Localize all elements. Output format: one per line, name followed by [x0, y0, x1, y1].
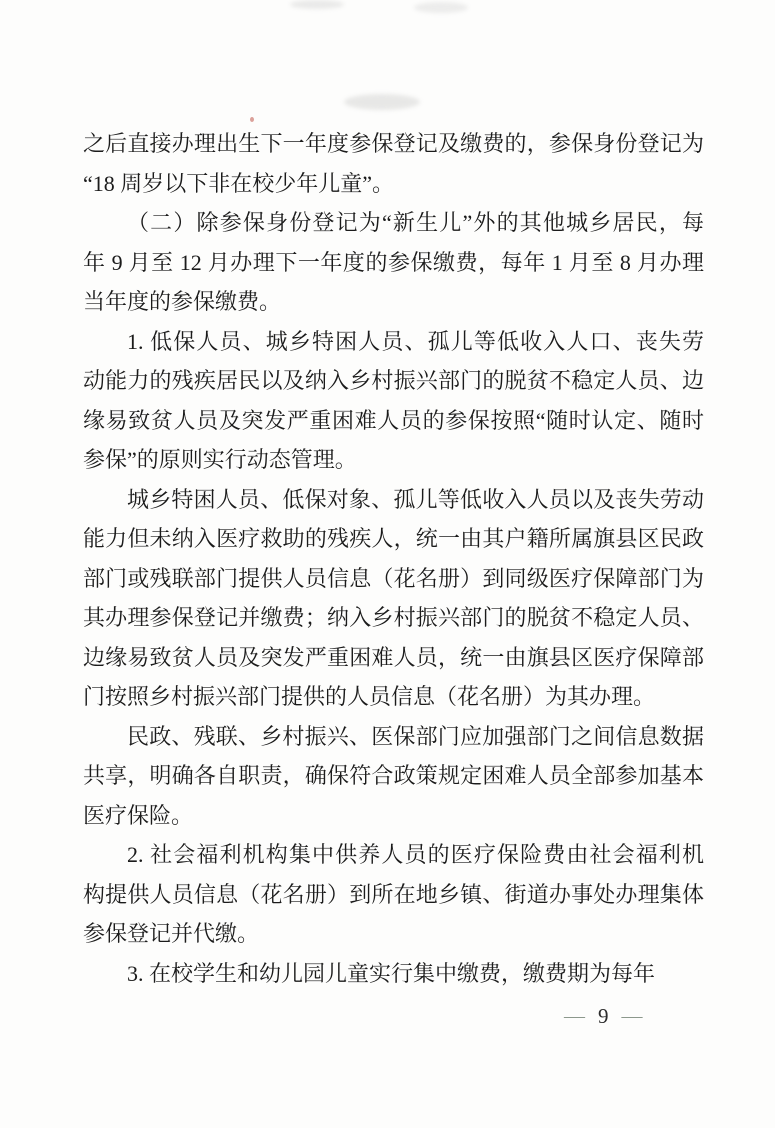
- scan-smudge: [414, 2, 468, 13]
- text-line: （二）除参保身份登记为“新生儿”外的其他城乡居民，每: [83, 203, 704, 243]
- text-line: 民政、残联、乡村振兴、医保部门应加强部门之间信息数据: [83, 717, 704, 757]
- text-line: 年 9 月至 12 月办理下一年度的参保缴费，每年 1 月至 8 月办理: [83, 243, 704, 283]
- document-page: 之后直接办理出生下一年度参保登记及缴费的，参保身份登记为“18 周岁以下非在校少…: [0, 0, 775, 1128]
- scan-speck: [250, 117, 254, 122]
- scan-smudge: [290, 0, 344, 9]
- text-line: 1. 低保人员、城乡特困人员、孤儿等低收入人口、丧失劳: [83, 322, 704, 362]
- document-body: 之后直接办理出生下一年度参保登记及缴费的，参保身份登记为“18 周岁以下非在校少…: [83, 124, 704, 993]
- text-line: 3. 在校学生和幼儿园儿童实行集中缴费，缴费期为每年: [83, 954, 704, 994]
- paragraph: 民政、残联、乡村振兴、医保部门应加强部门之间信息数据共享，明确各自职责，确保符合…: [83, 717, 704, 836]
- text-line: 当年度的参保缴费。: [83, 282, 704, 322]
- paragraph: 2. 社会福利机构集中供养人员的医疗保险费由社会福利机构提供人员信息（花名册）到…: [83, 835, 704, 954]
- text-line: 2. 社会福利机构集中供养人员的医疗保险费由社会福利机: [83, 835, 704, 875]
- text-line: 部门或残联部门提供人员信息（花名册）到同级医疗保障部门为: [83, 559, 704, 599]
- text-line: 之后直接办理出生下一年度参保登记及缴费的，参保身份登记为: [83, 124, 704, 164]
- text-line: “18 周岁以下非在校少年儿童”。: [83, 164, 704, 204]
- text-line: 能力但未纳入医疗救助的残疾人，统一由其户籍所属旗县区民政: [83, 519, 704, 559]
- text-line: 城乡特困人员、低保对象、孤儿等低收入人员以及丧失劳动: [83, 480, 704, 520]
- text-line: 边缘易致贫人员及突发严重困难人员，统一由旗县区医疗保障部: [83, 638, 704, 678]
- page-number-value: 9: [598, 1004, 609, 1029]
- text-line: 门按照乡村振兴部门提供的人员信息（花名册）为其办理。: [83, 677, 704, 717]
- text-line: 医疗保险。: [83, 796, 704, 836]
- text-line: 构提供人员信息（花名册）到所在地乡镇、街道办事处办理集体: [83, 875, 704, 915]
- paragraph: 城乡特困人员、低保对象、孤儿等低收入人员以及丧失劳动能力但未纳入医疗救助的残疾人…: [83, 480, 704, 717]
- page-number-right-dash: —: [622, 1007, 643, 1027]
- page-number: — 9 —: [564, 1004, 643, 1029]
- text-line: 共享，明确各自职责，确保符合政策规定困难人员全部参加基本: [83, 756, 704, 796]
- paragraph: 1. 低保人员、城乡特困人员、孤儿等低收入人口、丧失劳动能力的残疾居民以及纳入乡…: [83, 322, 704, 480]
- paragraph: 之后直接办理出生下一年度参保登记及缴费的，参保身份登记为“18 周岁以下非在校少…: [83, 124, 704, 203]
- paragraph: 3. 在校学生和幼儿园儿童实行集中缴费，缴费期为每年: [83, 954, 704, 994]
- page-number-left-dash: —: [564, 1007, 585, 1027]
- text-line: 动能力的残疾居民以及纳入乡村振兴部门的脱贫不稳定人员、边: [83, 361, 704, 401]
- text-line: 缘易致贫人员及突发严重困难人员的参保按照“随时认定、随时: [83, 401, 704, 441]
- text-line: 参保”的原则实行动态管理。: [83, 440, 704, 480]
- scan-smudge: [344, 94, 420, 110]
- text-line: 其办理参保登记并缴费；纳入乡村振兴部门的脱贫不稳定人员、: [83, 598, 704, 638]
- paragraph: （二）除参保身份登记为“新生儿”外的其他城乡居民，每年 9 月至 12 月办理下…: [83, 203, 704, 322]
- text-line: 参保登记并代缴。: [83, 914, 704, 954]
